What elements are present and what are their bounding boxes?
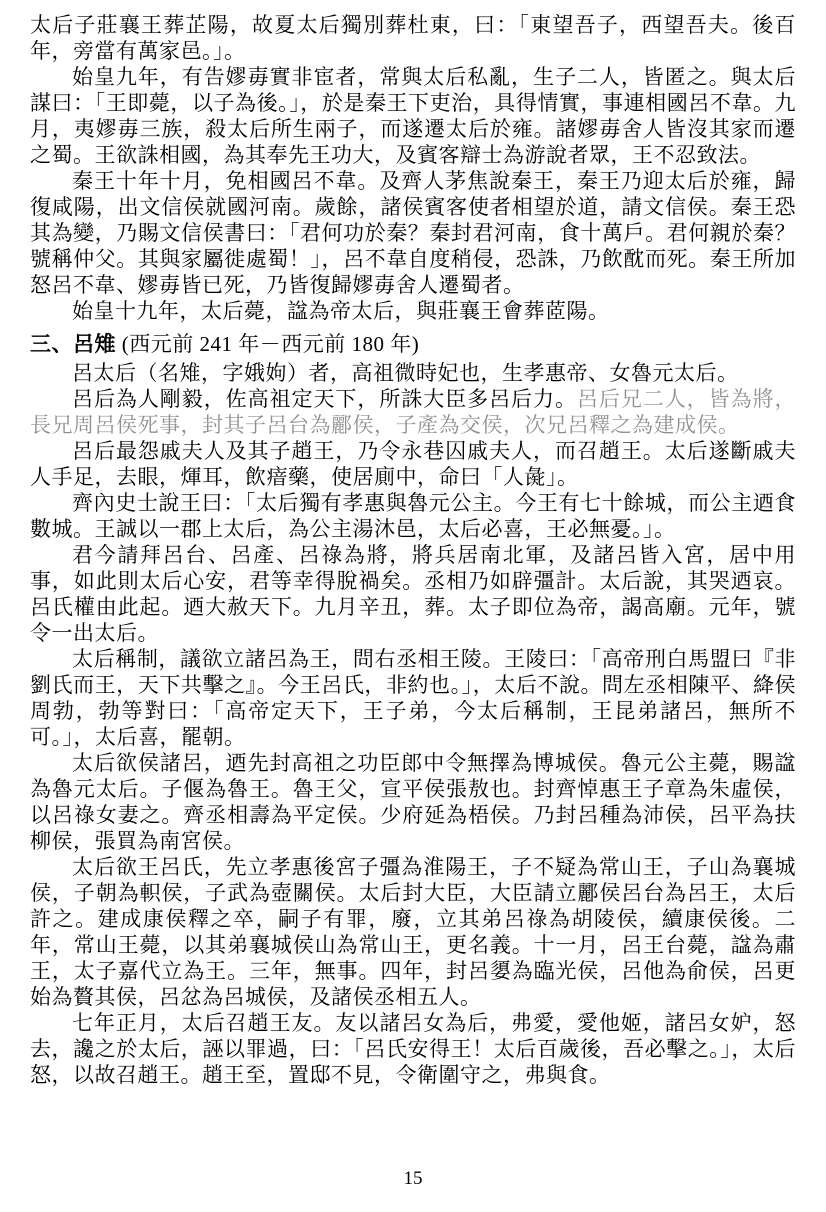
paragraph: 呂太后（名雉，字娥姁）者，高祖微時妃也，生孝惠帝、女魯元太后。: [30, 360, 796, 386]
paragraph: 秦王十年十月，免相國呂不韋。及齊人茅焦說秦王，秦王乃迎太后於雍，歸復咸陽，出文信…: [30, 168, 796, 298]
paragraph: 太后稱制，議欲立諸呂為王，問右丞相王陵。王陵曰：「高帝刑白馬盟曰『非劉氏而王，天…: [30, 646, 796, 750]
section-heading-title: 三、呂雉: [30, 332, 116, 356]
page-number: 15: [0, 1168, 826, 1190]
paragraph: 呂后最怨戚夫人及其子趙王，乃令永巷囚戚夫人，而召趙王。太后遂斷戚夫人手足，去眼，…: [30, 438, 796, 490]
paragraph: 始皇十九年，太后薨，諡為帝太后，與莊襄王會葬茝陽。: [30, 298, 796, 324]
paragraph: 齊內史士說王曰：「太后獨有孝惠與魯元公主。今王有七十餘城，而公主迺食數城。王誠以…: [30, 490, 796, 542]
paragraph: 太后子莊襄王葬芷陽，故夏太后獨別葬杜東，曰：「東望吾子，西望吾夫。後百年，旁當有…: [30, 12, 796, 64]
paragraph: 七年正月，太后召趙王友。友以諸呂女為后，弗愛，愛他姬，諸呂女妒，怒去，讒之於太后…: [30, 1010, 796, 1088]
paragraph: 太后欲侯諸呂，迺先封高祖之功臣郎中令無擇為博城侯。魯元公主薨，賜諡為魯元太后。子…: [30, 750, 796, 854]
document-page: 太后子莊襄王葬芷陽，故夏太后獨別葬杜東，曰：「東望吾子，西望吾夫。後百年，旁當有…: [0, 0, 826, 1212]
paragraph: 太后欲王呂氏，先立孝惠後宮子彊為淮陽王，子不疑為常山王，子山為襄城侯，子朝為軹侯…: [30, 854, 796, 1010]
paragraph: 呂后為人剛毅，佐高祖定天下，所誅大臣多呂后力。呂后兄二人，皆為將，長兄周呂侯死事…: [30, 386, 796, 438]
paragraph-segment-normal: 呂后為人剛毅，佐高祖定天下，所誅大臣多呂后力。: [72, 387, 577, 411]
text-body: 太后子莊襄王葬芷陽，故夏太后獨別葬杜東，曰：「東望吾子，西望吾夫。後百年，旁當有…: [30, 12, 796, 1088]
section-heading-dates: (西元前 241 年－西元前 180 年): [116, 332, 419, 356]
paragraph: 始皇九年，有告嫪毐實非宦者，常與太后私亂，生子二人，皆匿之。與太后謀曰：「王即薨…: [30, 64, 796, 168]
paragraph: 君今請拜呂台、呂產、呂祿為將，將兵居南北軍，及諸呂皆入宮，居中用事，如此則太后心…: [30, 542, 796, 646]
section-heading: 三、呂雉 (西元前 241 年－西元前 180 年): [30, 331, 796, 357]
